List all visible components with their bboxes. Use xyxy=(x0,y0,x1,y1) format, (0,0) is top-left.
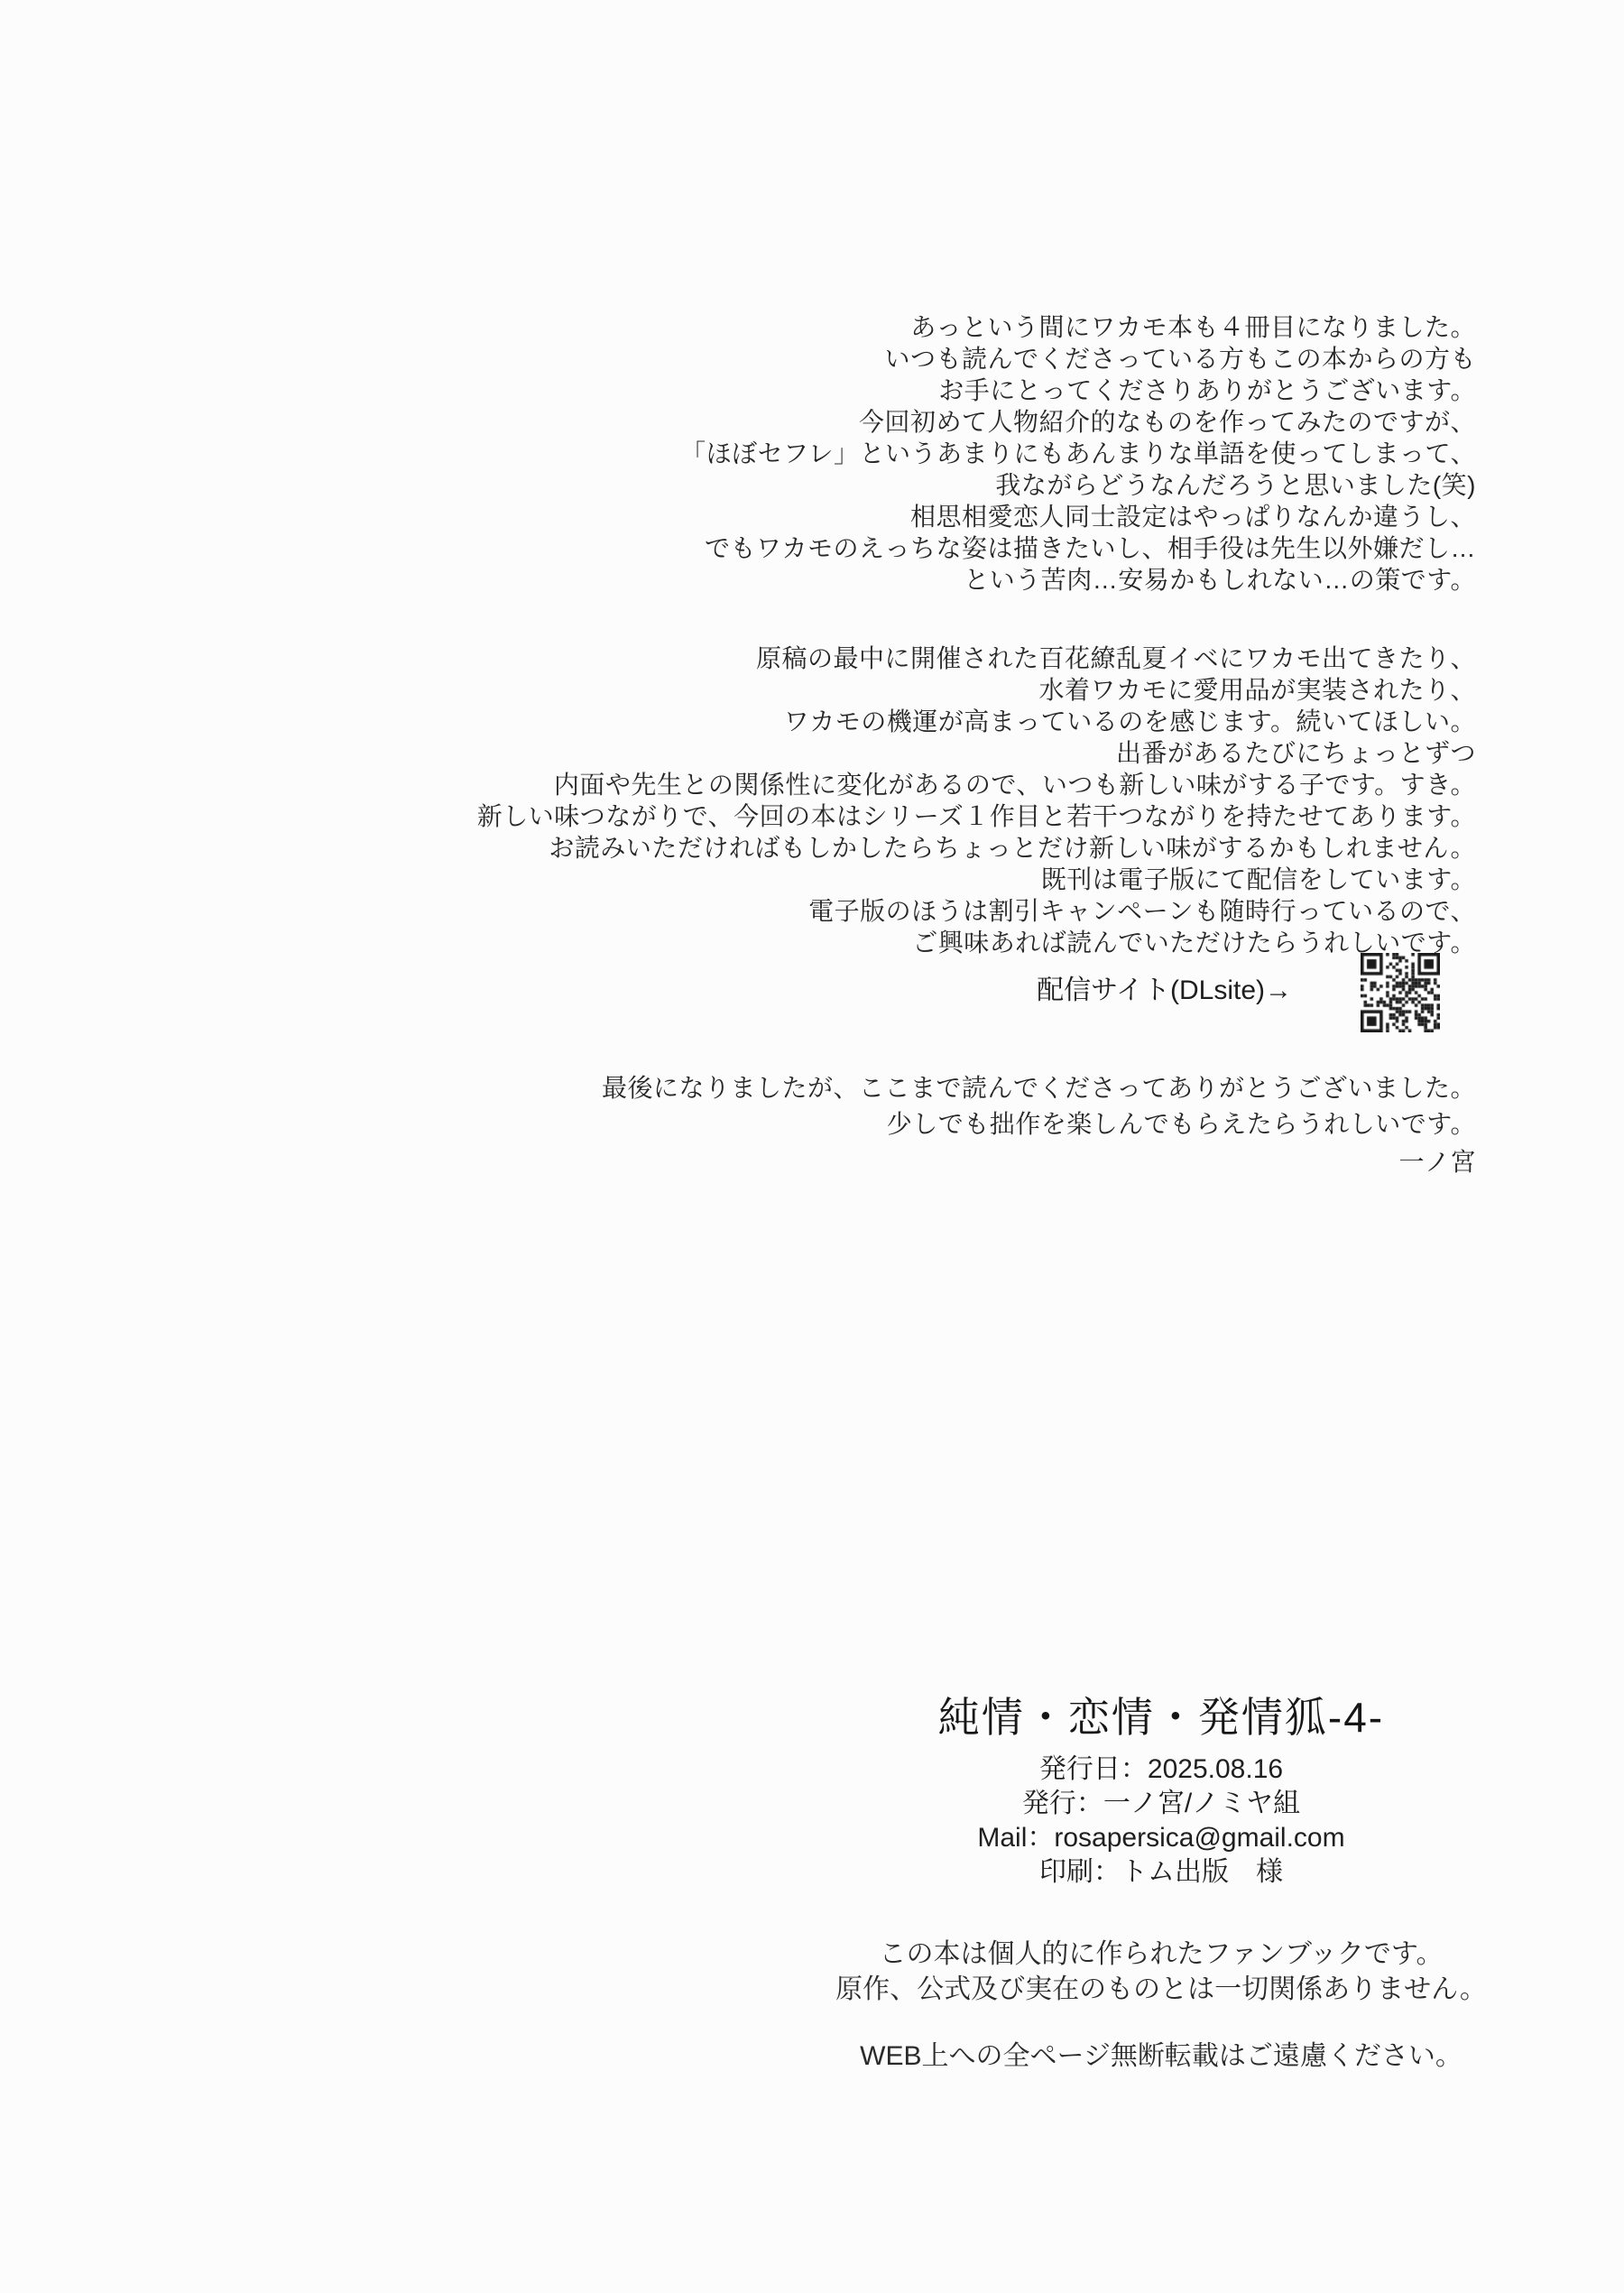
closing-line: 少しでも拙作を楽しんでもらえたらうれしいです。 xyxy=(0,1106,1476,1142)
colophon-block: 発行日：2025.08.16 発行：一ノ宮/ノミヤ組 Mail：rosapers… xyxy=(698,1752,1624,1890)
closing-block: 最後になりましたが、ここまで読んでくださってありがとうございました。 少しでも拙… xyxy=(0,1070,1476,1180)
colophon-entry-mail: Mail：rosapersica@gmail.com xyxy=(698,1821,1624,1855)
afterword-line: 水着ワカモに愛用品が実装されたり、 xyxy=(0,674,1476,706)
afterword-line: 既刊は電子版にて配信をしています。 xyxy=(0,864,1476,895)
afterword-line: ご興味あれば読んでいただけたらうれしいです。 xyxy=(0,927,1476,958)
afterword-block-1: あっという間にワカモ本も４冊目になりました。 いつも読んでくださっている方もこの… xyxy=(0,311,1476,596)
afterword-line: 相思相愛恋人同士設定はやっぱりなんか違うし、 xyxy=(0,501,1476,532)
colophon-entry-publisher: 発行：一ノ宮/ノミヤ組 xyxy=(698,1787,1624,1821)
afterword-line: 今回初めて人物紹介的なものを作ってみたのですが、 xyxy=(0,406,1476,438)
afterword-line: 我ながらどうなんだろうと思いました(笑) xyxy=(0,469,1476,501)
afterword-line: お手にとってくださりありがとうございます。 xyxy=(0,374,1476,406)
afterword-line: 「ほぼセフレ」というあまりにもあんまりな単語を使ってしまって、 xyxy=(0,438,1476,469)
afterword-line: 新しい味つながりで、今回の本はシリーズ１作目と若干つながりを持たせてあります。 xyxy=(0,800,1476,832)
disclaimer-line: この本は個人的に作られたファンブックです。 xyxy=(698,1937,1624,1972)
scanned-afterword-page: あっという間にワカモ本も４冊目になりました。 いつも読んでくださっている方もこの… xyxy=(0,0,1624,2293)
author-signature: 一ノ宮 xyxy=(0,1144,1476,1180)
qr-code-icon xyxy=(1361,953,1440,1032)
afterword-line: 出番があるたびにちょっとずつ xyxy=(0,737,1476,769)
afterword-line: あっという間にワカモ本も４冊目になりました。 xyxy=(0,311,1476,343)
distribution-site-label: 配信サイト(DLsite)→ xyxy=(0,975,1292,1007)
afterword-line: 内面や先生との関係性に変化があるので、いつも新しい味がする子です。すき。 xyxy=(0,769,1476,800)
afterword-line: いつも読んでくださっている方もこの本からの方も xyxy=(0,343,1476,374)
afterword-line: ワカモの機運が高まっているのを感じます。続いてほしい。 xyxy=(0,706,1476,737)
afterword-block-2: 原稿の最中に開催された百花繚乱夏イベにワカモ出てきたり、 水着ワカモに愛用品が実… xyxy=(0,643,1476,958)
afterword-line: という苦肉…安易かもしれない…の策です。 xyxy=(0,564,1476,596)
disclaimer-block: この本は個人的に作られたファンブックです。 原作、公式及び実在のものとは一切関係… xyxy=(698,1937,1624,2007)
afterword-line: 電子版のほうは割引キャンペーンも随時行っているので、 xyxy=(0,895,1476,927)
book-title: 純情・恋情・発情狐-4- xyxy=(698,1693,1624,1742)
afterword-line: 原稿の最中に開催された百花繚乱夏イベにワカモ出てきたり、 xyxy=(0,643,1476,674)
afterword-line: お読みいただければもしかしたらちょっとだけ新しい味がするかもしれません。 xyxy=(0,832,1476,864)
colophon-entry-printer: 印刷：トム出版 様 xyxy=(698,1855,1624,1890)
web-repost-notice: WEB上への全ページ無断転載はご遠慮ください。 xyxy=(698,2039,1624,2074)
colophon-entry-date: 発行日：2025.08.16 xyxy=(698,1752,1624,1787)
disclaimer-line: 原作、公式及び実在のものとは一切関係ありません。 xyxy=(698,1972,1624,2007)
closing-line: 最後になりましたが、ここまで読んでくださってありがとうございました。 xyxy=(0,1070,1476,1106)
afterword-line: でもワカモのえっちな姿は描きたいし、相手役は先生以外嫌だし… xyxy=(0,532,1476,564)
